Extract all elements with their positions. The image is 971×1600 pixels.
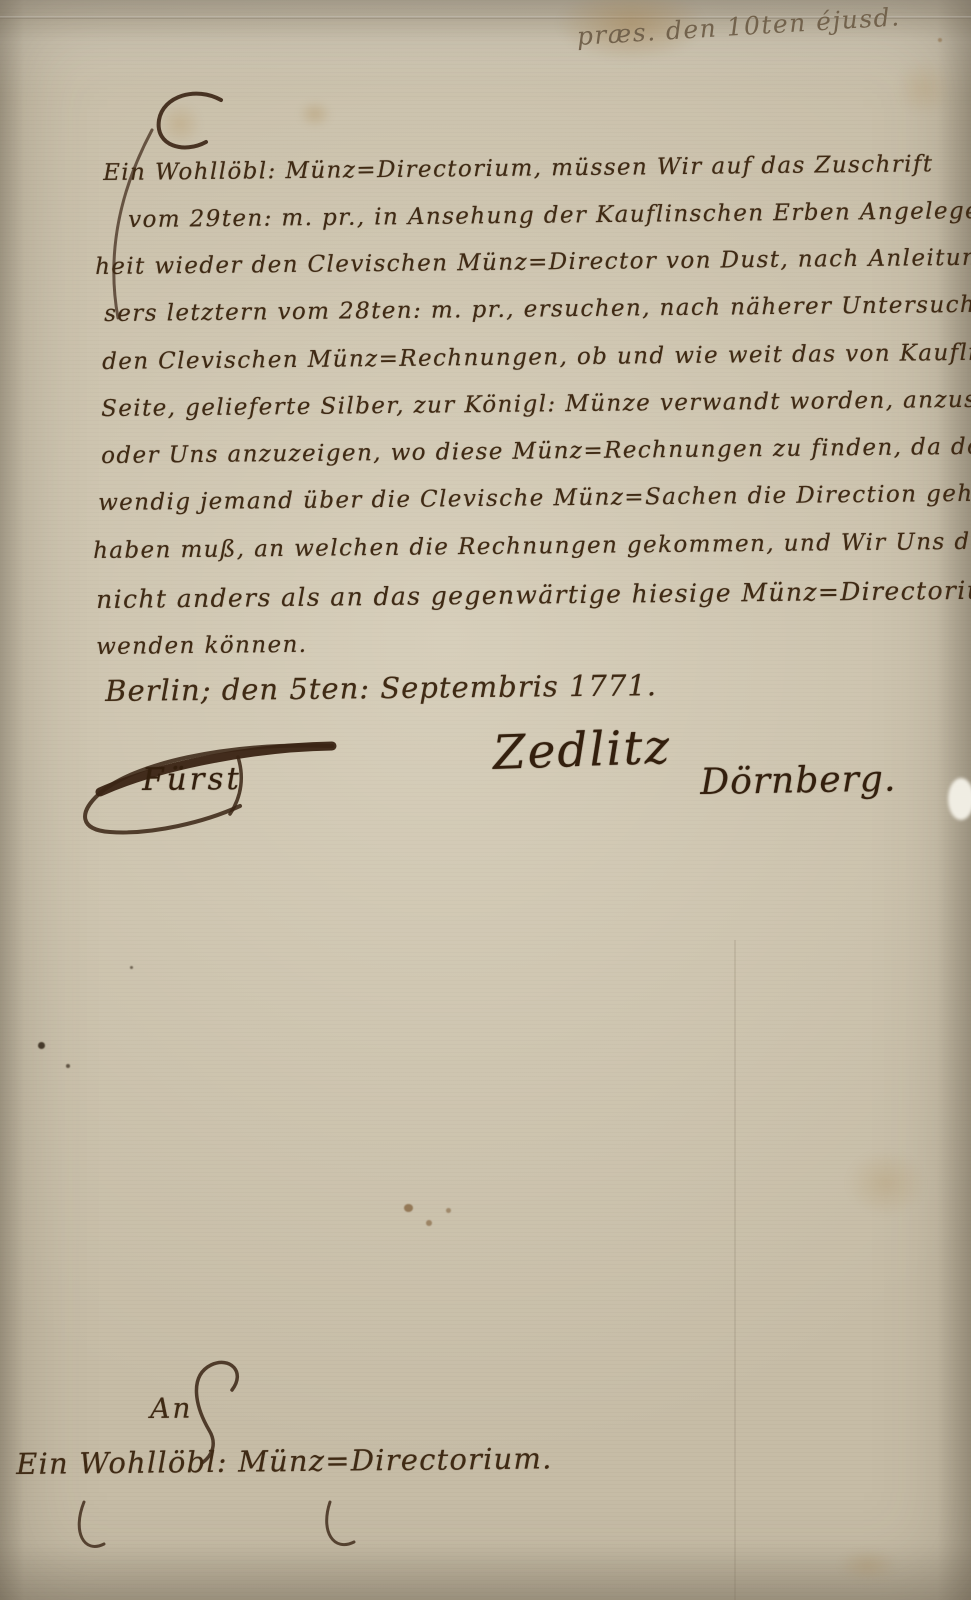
body-line: nicht anders als an das gegenwärtige hie… bbox=[96, 575, 971, 614]
ink-spot bbox=[404, 1204, 413, 1212]
body-line: Ein Wohllöbl: Münz=Directorium, müssen W… bbox=[103, 151, 934, 186]
body-line: oder Uns anzuzeigen, wo diese Münz=Rechn… bbox=[101, 433, 971, 469]
ink-spot bbox=[446, 1208, 451, 1213]
stain bbox=[846, 1150, 926, 1216]
ink-speck bbox=[938, 38, 942, 42]
body-line: wenden können. bbox=[96, 632, 308, 660]
body-line: haben muß, an welchen die Rechnungen gek… bbox=[93, 528, 971, 564]
signature-doernberg: Dörnberg. bbox=[700, 759, 897, 803]
stain bbox=[298, 100, 332, 128]
ink-speck bbox=[66, 1064, 70, 1068]
stain bbox=[896, 60, 952, 116]
address-line: Ein Wohllöbl: Münz=Directorium. bbox=[16, 1441, 553, 1481]
paper-damage-spot bbox=[948, 778, 971, 820]
signature-zedlitz: Zedlitz bbox=[492, 720, 672, 781]
stain bbox=[838, 1548, 898, 1582]
fold-crease-vertical bbox=[734, 940, 736, 1600]
body-line: heit wieder den Clevischen Münz=Director… bbox=[95, 244, 971, 280]
letter-page: præs. den 10ten éjusd. Ein Wohllöbl: Mün… bbox=[0, 0, 971, 1600]
stain bbox=[158, 102, 202, 146]
body-line: vom 29ten: m. pr., in Ansehung der Kaufl… bbox=[128, 198, 971, 233]
ink-speck bbox=[130, 966, 133, 969]
body-line: den Clevischen Münz=Rechnungen, ob und w… bbox=[102, 339, 971, 375]
ink-spot bbox=[426, 1220, 432, 1226]
body-line: Seite, gelieferte Silber, zur Königl: Mü… bbox=[101, 386, 971, 422]
signature-fuerst: Fürst bbox=[142, 761, 242, 798]
body-line: wendig jemand über die Clevische Münz=Sa… bbox=[98, 480, 971, 516]
body-line: sers letztern vom 28ten: m. pr., ersuche… bbox=[104, 291, 971, 327]
ink-speck bbox=[38, 1042, 45, 1049]
address-prefix: An bbox=[150, 1392, 193, 1425]
dateline: Berlin; den 5ten: Septembris 1771. bbox=[105, 668, 657, 708]
